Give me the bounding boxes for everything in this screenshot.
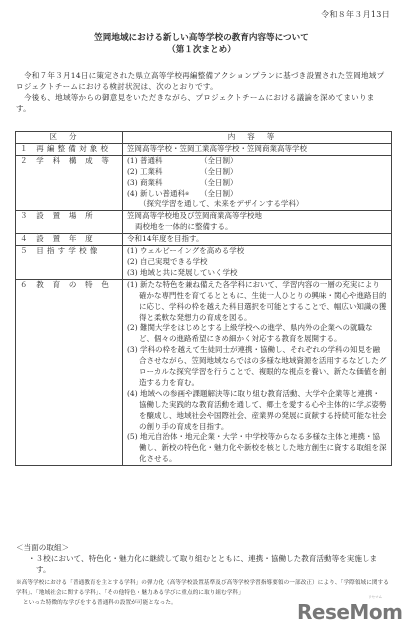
- document-date: 令和８年３月13日: [321, 9, 390, 20]
- content-line: (3) 地域と共に発展していく学校: [127, 268, 387, 279]
- measures-heading: ＜当面の取組＞: [16, 542, 391, 553]
- table-row: ５ 目指す学校像 (1) ウェルビーイングを高める学校 (2) 自己実現できる学…: [16, 246, 392, 280]
- feature-item: (2) 難関大学をはじめとする上級学校への進学、県内外の企業への就職など、個々の…: [127, 323, 387, 345]
- department-name: 工業科: [140, 167, 200, 178]
- department-name: 普通科: [140, 156, 200, 167]
- content-line: (2) 自己実現できる学校: [127, 257, 387, 268]
- intro-paragraph-2: 今後も、地域等からの御意見をいただきながら、プロジェクトチームにおける議論を深め…: [16, 92, 388, 114]
- content-line: 笠岡高等学校・笠岡工業高等学校・笠岡商業高等学校: [127, 144, 387, 155]
- intro-paragraph-1: 令和７年３月14日に策定された県立高等学校再編整備アクションプランに基づき設置さ…: [16, 70, 388, 92]
- department-name: 商業科: [140, 178, 200, 189]
- table-row: ２ 学 科 構 成 等 (1) 普通科（全日制） (2) 工業科（全日制） (3…: [16, 155, 392, 211]
- department-name-text: 新しい普通科: [140, 189, 185, 198]
- row-content: 令和14年度を目指す。: [123, 234, 392, 246]
- department-item: (4) 新しい普通科※（全日制）: [127, 189, 387, 200]
- table-row: １ 再編整備対象校 笠岡高等学校・笠岡工業高等学校・笠岡商業高等学校: [16, 143, 392, 155]
- header-content: 内容等: [123, 132, 392, 144]
- measures-bullet: ・３校において、特色化・魅力化に継続して取り組むとともに、連携・協働した教育活動…: [24, 553, 391, 575]
- department-name: 新しい普通科※: [140, 189, 200, 200]
- item-number: (4): [127, 189, 138, 198]
- title-sub: （第１次まとめ）: [0, 44, 403, 56]
- feature-item: (4) 地域への参画や課題解決等に取り組む教育活動、大学や企業等と連携・協働した…: [127, 389, 387, 433]
- item-number: (1): [127, 156, 138, 165]
- table-row: ３ 設 置 場 所 笠岡高等学校地及び笠岡商業高等学校地 両校地を一体的に整備す…: [16, 211, 392, 234]
- row-content: (1) 普通科（全日制） (2) 工業科（全日制） (3) 商業科（全日制） (…: [123, 155, 392, 211]
- row-label: ２ 学 科 構 成 等: [16, 155, 123, 211]
- item-number: (2): [127, 167, 138, 176]
- row-label: ６ 教 育 の 特 色: [16, 279, 123, 465]
- title-main: 笠岡地域における新しい高等学校の教育内容等について: [0, 32, 403, 44]
- content-table: 区分 内容等 １ 再編整備対象校 笠岡高等学校・笠岡工業高等学校・笠岡商業高等学…: [15, 131, 392, 466]
- content-line: (1) ウェルビーイングを高める学校: [127, 246, 387, 257]
- header-category: 区分: [16, 132, 123, 144]
- document-title: 笠岡地域における新しい高等学校の教育内容等について （第１次まとめ）: [0, 32, 403, 56]
- feature-item: (1) 新たな特色を兼ね備えた各学科において、学習内容の一層の充実により確かな専…: [127, 280, 387, 324]
- row-content: (1) 新たな特色を兼ね備えた各学科において、学習内容の一層の充実により確かな専…: [123, 279, 392, 465]
- department-item: (2) 工業科（全日制）: [127, 167, 387, 178]
- intro-section: 令和７年３月14日に策定された県立高等学校再編整備アクションプランに基づき設置さ…: [16, 70, 388, 114]
- row-label: ５ 目指す学校像: [16, 246, 123, 280]
- resemom-logo: ReseMom.: [297, 600, 403, 624]
- row-label: ４ 設 置 年 度: [16, 234, 123, 246]
- department-note: （探究学習を通して、未来をデザインする学科）: [127, 199, 387, 210]
- department-type: （全日制）: [200, 156, 238, 165]
- feature-item: (3) 学科の枠を越えて生徒同士が連携・協働し、それぞれの学科の知見を融合させな…: [127, 345, 387, 389]
- table-row: ４ 設 置 年 度 令和14年度を目指す。: [16, 234, 392, 246]
- current-measures: ＜当面の取組＞ ・３校において、特色化・魅力化に継続して取り組むとともに、連携・…: [16, 542, 391, 575]
- item-number: (3): [127, 178, 138, 187]
- department-item: (3) 商業科（全日制）: [127, 178, 387, 189]
- document-page: 令和８年３月13日 笠岡地域における新しい高等学校の教育内容等について （第１次…: [0, 0, 403, 640]
- table-header-row: 区分 内容等: [16, 132, 392, 144]
- row-content: 笠岡高等学校地及び笠岡商業高等学校地 両校地を一体的に整備する。: [123, 211, 392, 234]
- department-type: （全日制）: [200, 178, 238, 187]
- row-content: (1) ウェルビーイングを高める学校 (2) 自己実現できる学校 (3) 地域と…: [123, 246, 392, 280]
- footnote-mark: ※: [185, 191, 189, 197]
- department-type: （全日制）: [200, 167, 238, 176]
- department-item: (1) 普通科（全日制）: [127, 156, 387, 167]
- content-line: 令和14年度を目指す。: [127, 234, 387, 245]
- row-content: 笠岡高等学校・笠岡工業高等学校・笠岡商業高等学校: [123, 143, 392, 155]
- footnote-line-1: ※高等学校における「普通教育を主とする学科」の弾力化（高等学校設置基準及び高等学…: [16, 578, 391, 598]
- row-label: １ 再編整備対象校: [16, 143, 123, 155]
- table-row: ６ 教 育 の 特 色 (1) 新たな特色を兼ね備えた各学科において、学習内容の…: [16, 279, 392, 465]
- department-type: （全日制）: [200, 189, 238, 198]
- feature-item: (5) 地元自治体・地元企業・大学・中学校等からなる多様な主体と連携・協働し、新…: [127, 432, 387, 465]
- content-line: 笠岡高等学校地及び笠岡商業高等学校地: [127, 211, 387, 222]
- content-line: 両校地を一体的に整備する。: [127, 222, 387, 233]
- row-label: ３ 設 置 場 所: [16, 211, 123, 234]
